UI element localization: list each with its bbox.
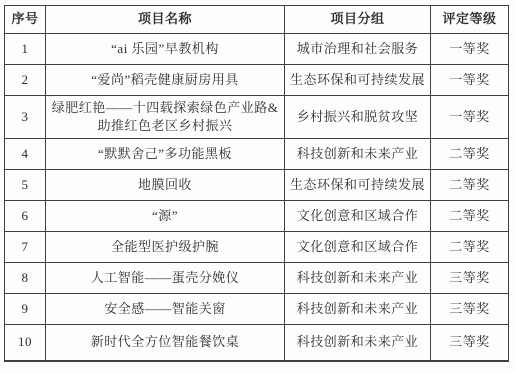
- cell-grade: 三等奖: [431, 263, 509, 294]
- cell-serial: 1: [5, 34, 46, 65]
- table-row: 1 “ai 乐园”早教机构 城市治理和社会服务 一等奖: [5, 34, 509, 65]
- cell-project-group: 科技创新和未来产业: [285, 294, 431, 325]
- table-row: 4 “默默舍己”多功能黑板 科技创新和未来产业 二等奖: [5, 139, 509, 170]
- cell-project-name: 地膜回收: [46, 170, 285, 201]
- cell-grade: 三等奖: [431, 294, 509, 325]
- table-row: 9 安全感——智能关窗 科技创新和未来产业 三等奖: [5, 294, 509, 325]
- cell-project-group: 文化创意和区域合作: [285, 232, 431, 263]
- cell-project-group: 城市治理和社会服务: [285, 34, 431, 65]
- header-row: 序号 项目名称 项目分组 评定等级: [5, 6, 509, 34]
- cell-serial: 4: [5, 139, 46, 170]
- cell-serial: 9: [5, 294, 46, 325]
- cell-serial: 2: [5, 65, 46, 96]
- table-row: 5 地膜回收 生态环保和可持续发展 二等奖: [5, 170, 509, 201]
- cell-project-name: 全能型医护级护腕: [46, 232, 285, 263]
- cell-grade: 一等奖: [431, 65, 509, 96]
- cell-project-group: 乡村振兴和脱贫攻坚: [285, 96, 431, 139]
- cell-grade: 一等奖: [431, 96, 509, 139]
- document-page: 序号 项目名称 项目分组 评定等级 1 “ai 乐园”早教机构 城市治理和社会服…: [0, 0, 515, 373]
- cell-project-group: 生态环保和可持续发展: [285, 65, 431, 96]
- cell-serial: 8: [5, 263, 46, 294]
- cell-project-name: “默默舍己”多功能黑板: [46, 139, 285, 170]
- table-row: 8 人工智能——蛋壳分娩仪 科技创新和未来产业 三等奖: [5, 263, 509, 294]
- table-row: 7 全能型医护级护腕 文化创意和区域合作 二等奖: [5, 232, 509, 263]
- cell-project-name: “ai 乐园”早教机构: [46, 34, 285, 65]
- cell-project-name: 安全感——智能关窗: [46, 294, 285, 325]
- table-row: 3 绿肥红艳——十四载探索绿色产业路&助推红色老区乡村振兴 乡村振兴和脱贫攻坚 …: [5, 96, 509, 139]
- table-row: 6 “源” 文化创意和区域合作 二等奖: [5, 201, 509, 232]
- table-row: 2 “爱尚”稻壳健康厨房用具 生态环保和可持续发展 一等奖: [5, 65, 509, 96]
- cell-project-name: 人工智能——蛋壳分娩仪: [46, 263, 285, 294]
- cell-grade: 一等奖: [431, 34, 509, 65]
- cell-project-name: 绿肥红艳——十四载探索绿色产业路&助推红色老区乡村振兴: [46, 96, 285, 139]
- column-header-project-group: 项目分组: [285, 6, 431, 34]
- table-row: 10 新时代全方位智能餐饮桌 科技创新和未来产业 三等奖: [5, 325, 509, 361]
- cell-project-name: “源”: [46, 201, 285, 232]
- cell-project-group: 科技创新和未来产业: [285, 325, 431, 361]
- column-header-grade: 评定等级: [431, 6, 509, 34]
- cell-project-group: 科技创新和未来产业: [285, 263, 431, 294]
- column-header-serial: 序号: [5, 6, 46, 34]
- cell-grade: 二等奖: [431, 139, 509, 170]
- cell-grade: 二等奖: [431, 170, 509, 201]
- column-header-project-name: 项目名称: [46, 6, 285, 34]
- cell-project-group: 文化创意和区域合作: [285, 201, 431, 232]
- awards-table: 序号 项目名称 项目分组 评定等级 1 “ai 乐园”早教机构 城市治理和社会服…: [4, 5, 509, 362]
- cell-serial: 7: [5, 232, 46, 263]
- cell-project-group: 生态环保和可持续发展: [285, 170, 431, 201]
- cell-grade: 二等奖: [431, 232, 509, 263]
- cell-project-name: 新时代全方位智能餐饮桌: [46, 325, 285, 361]
- cell-grade: 三等奖: [431, 325, 509, 361]
- cell-serial: 5: [5, 170, 46, 201]
- cell-project-group: 科技创新和未来产业: [285, 139, 431, 170]
- cell-serial: 3: [5, 96, 46, 139]
- cell-serial: 6: [5, 201, 46, 232]
- cell-serial: 10: [5, 325, 46, 361]
- cell-grade: 二等奖: [431, 201, 509, 232]
- cell-project-name: “爱尚”稻壳健康厨房用具: [46, 65, 285, 96]
